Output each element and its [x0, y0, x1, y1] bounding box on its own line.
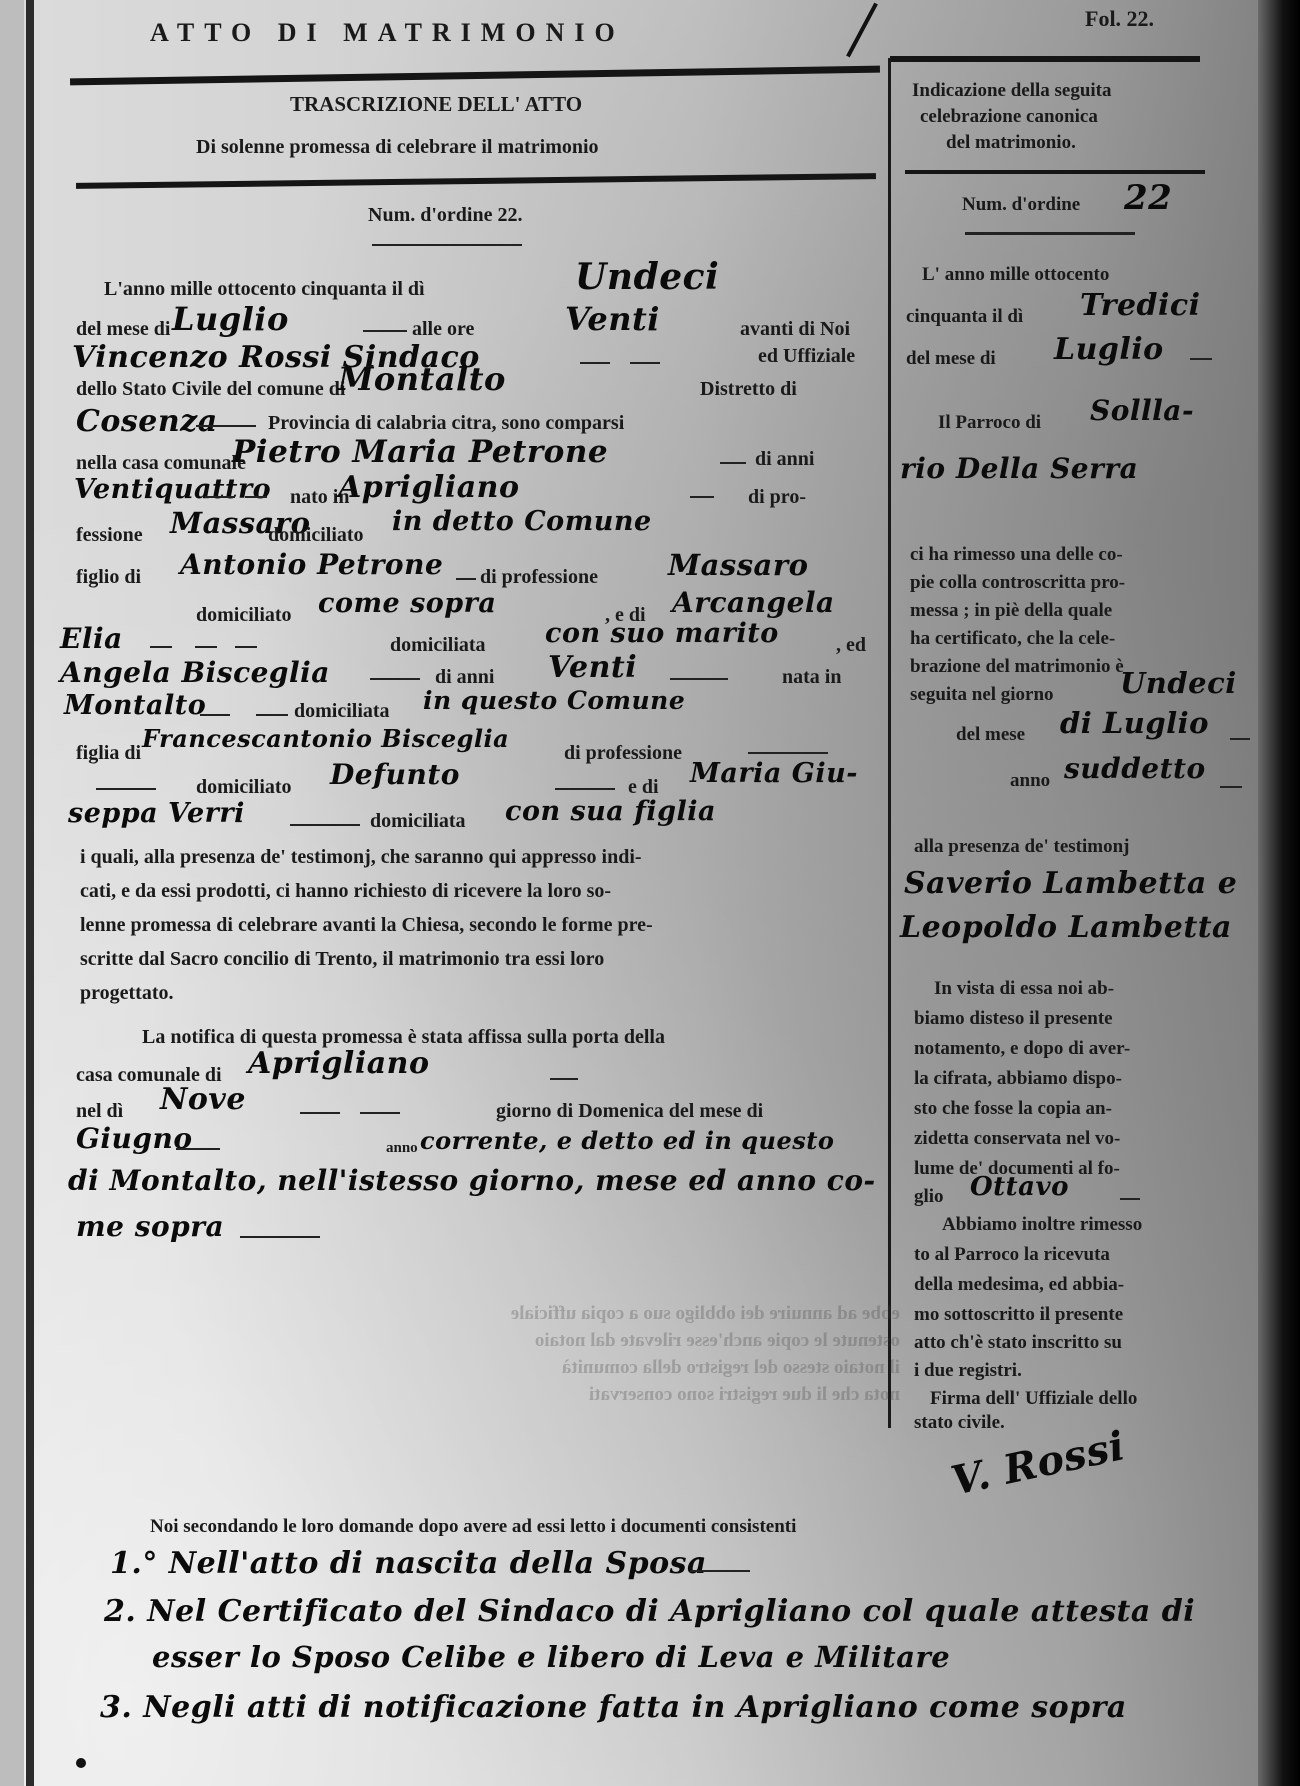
fill-dash: [555, 788, 615, 790]
printed-text: scritte dal Sacro concilio di Trento, il…: [80, 948, 604, 971]
handwritten-groom-residence: in detto Comune: [392, 506, 652, 537]
officer-signature: V. Rossi: [947, 1422, 1129, 1505]
document-page: ATTO DI MATRIMONIO Fol. 22. TRASCRIZIONE…: [0, 0, 1268, 1786]
printed-text: atto ch'è stato inscritto su: [914, 1332, 1122, 1354]
printed-text: la cifrata, abbiamo dispo-: [914, 1068, 1122, 1090]
printed-text: fessione: [76, 524, 143, 547]
printed-text: anno: [386, 1140, 418, 1157]
handwritten-parish-cont: rio Della Serra: [900, 452, 1138, 485]
bleed-line: ostenute le copie anch'esse rilevate dal…: [140, 1327, 900, 1354]
handwritten-groom-father: Antonio Petrone: [180, 548, 443, 581]
printed-text: Distretto di: [700, 378, 797, 401]
printed-text: domiciliata: [370, 810, 466, 833]
printed-text: domiciliata: [390, 634, 486, 657]
handwritten-bride-birthplace: Montalto: [64, 690, 206, 721]
fill-dash: [370, 678, 420, 680]
printed-text: nata in: [782, 666, 841, 689]
handwritten-document-item: esser lo Sposo Celibe e libero di Leva e…: [152, 1640, 950, 1674]
column-divider: [888, 58, 891, 1428]
fill-dash: [720, 462, 746, 464]
printed-text: Provincia di calabria citra, sono compar…: [268, 412, 624, 435]
printed-text: L'anno mille ottocento cinquanta il dì: [104, 278, 425, 301]
header-rule-right: [890, 56, 1200, 62]
right-heading-line: del matrimonio.: [946, 132, 1076, 154]
handwritten-notice-year: corrente, e detto ed in questo: [420, 1126, 834, 1155]
handwritten-folio: Ottavo: [970, 1172, 1069, 1202]
printed-text: domiciliato: [268, 524, 364, 547]
printed-text: anno: [1010, 770, 1050, 792]
ink-spot: [76, 1758, 86, 1768]
printed-text: figlia di: [76, 742, 141, 765]
handwritten-mother-surname: Elia: [60, 622, 123, 655]
handwritten-notice-note: di Montalto, nell'istesso giorno, mese e…: [68, 1164, 876, 1197]
printed-text: notamento, e dopo di aver-: [914, 1038, 1130, 1060]
order-underline: [372, 244, 522, 246]
printed-text: domiciliato: [196, 604, 292, 627]
printed-text: Abbiamo inoltre rimesso: [942, 1214, 1142, 1236]
page-right-shadow: [1258, 0, 1300, 1786]
handwritten-groom-birthplace: Aprigliano: [338, 470, 519, 505]
right-order-underline: [965, 232, 1135, 235]
printed-text: del mese: [956, 724, 1025, 746]
printed-text: mo sottoscritto il presente: [914, 1304, 1123, 1326]
handwritten-bride-mother-surname: seppa Verri: [68, 798, 245, 829]
handwritten-bride-mother-residence: con sua figlia: [505, 796, 716, 827]
printed-text: nel dì: [76, 1100, 123, 1123]
subheading-rule: [76, 173, 876, 189]
printed-text: domiciliato: [196, 776, 292, 799]
fill-dash: [235, 646, 257, 648]
handwritten-document-item: 2. Nel Certificato del Sindaco di Aprigl…: [104, 1594, 1195, 1629]
handwritten-bride-age: Venti: [548, 650, 637, 685]
fill-dash: [196, 425, 256, 427]
fill-dash: [245, 496, 267, 498]
printed-text: avanti di Noi: [740, 318, 850, 341]
handwritten-mother-residence: con suo marito: [545, 618, 779, 649]
printed-text: In vista di essa noi ab-: [934, 978, 1114, 1000]
right-order-label: Num. d'ordine: [962, 194, 1080, 216]
handwritten-promise-day: Tredici: [1080, 288, 1201, 323]
fill-dash: [363, 330, 407, 332]
printed-text: sto che fosse la copia an-: [914, 1098, 1112, 1120]
fill-dash: [670, 678, 728, 680]
handwritten-groom-mother: Arcangela: [672, 586, 835, 619]
fill-dash: [630, 362, 660, 364]
pen-stroke-mark: [846, 3, 878, 58]
printed-text: figlio di: [76, 566, 141, 589]
printed-text: seguita nel giorno: [910, 684, 1054, 706]
printed-text: della medesima, ed abbia-: [914, 1274, 1124, 1296]
fill-dash: [1190, 358, 1212, 360]
printed-text: i due registri.: [914, 1360, 1022, 1382]
handwritten-document-item: 1.° Nell'atto di nascita della Sposa: [110, 1546, 707, 1581]
printed-text: L' anno mille ottocento: [922, 264, 1109, 286]
handwritten-notice-note-end: me sopra: [76, 1210, 224, 1243]
handwritten-month: Luglio: [172, 300, 289, 338]
handwritten-parish: Sollla-: [1090, 394, 1194, 427]
bleed-line: nota che li due registri sono conservati: [140, 1381, 900, 1408]
right-order-number: 22: [1124, 178, 1172, 218]
printed-text: dello Stato Civile del comune di: [76, 378, 345, 401]
handwritten-bride-father: Francescantonio Bisceglia: [142, 724, 509, 753]
left-order-number: Num. d'ordine 22.: [368, 204, 522, 227]
right-heading-line: Indicazione della seguita: [912, 80, 1112, 102]
fill-dash: [580, 362, 610, 364]
printed-text: cinquanta il dì: [906, 306, 1023, 328]
fill-dash: [290, 824, 360, 826]
printed-text: nella casa comunale: [76, 452, 246, 475]
handwritten-bride-residence: in questo Comune: [423, 686, 685, 715]
page-left-margin: [0, 0, 24, 1786]
printed-text: progettato.: [80, 982, 174, 1005]
handwritten-groom-name: Pietro Maria Petrone: [232, 434, 608, 470]
printed-text: brazione del matrimonio è: [910, 656, 1124, 678]
folio-number: Fol. 22.: [1085, 6, 1154, 32]
handwritten-witness: Leopoldo Lambetta: [900, 910, 1232, 945]
handwritten-celebration-year: suddetto: [1064, 752, 1206, 785]
handwritten-father-profession: Massaro: [668, 548, 808, 582]
bleed-line: ebbe ad annuire dei obbligo suo a copia …: [140, 1300, 900, 1327]
printed-text: di pro-: [748, 486, 806, 509]
right-heading-rule: [905, 170, 1205, 174]
handwritten-day: Undeci: [575, 256, 719, 298]
handwritten-bride-name: Angela Bisceglia: [60, 656, 330, 689]
handwritten-district: Cosenza: [76, 404, 218, 439]
handwritten-witness: Saverio Lambetta e: [904, 866, 1237, 901]
handwritten-promise-month: Luglio: [1054, 332, 1164, 367]
fill-dash: [1230, 738, 1250, 740]
fill-dash: [256, 714, 288, 716]
handwritten-celebration-month: di Luglio: [1060, 706, 1209, 740]
fill-dash: [150, 646, 172, 648]
printed-text: giorno di Domenica del mese di: [496, 1100, 763, 1123]
handwritten-father-status: Defunto: [330, 758, 460, 791]
fill-dash: [456, 578, 476, 580]
handwritten-father-residence: come sopra: [318, 588, 496, 619]
printed-text: biamo disteso il presente: [914, 1008, 1113, 1030]
binding-edge-line: [26, 0, 34, 1786]
printed-text: alle ore: [412, 318, 474, 341]
fill-dash: [360, 1112, 400, 1114]
left-heading: TRASCRIZIONE DELL' ATTO: [290, 92, 582, 117]
printed-text: di professione: [564, 742, 682, 765]
fill-dash: [176, 1148, 220, 1150]
printed-text: stato civile.: [914, 1412, 1005, 1434]
printed-text: alla presenza de' testimonj: [914, 836, 1130, 858]
handwritten-notice-month: Giugno: [76, 1122, 193, 1155]
handwritten-comune: Montalto: [338, 360, 506, 398]
fill-dash: [748, 752, 828, 754]
left-subheading: Di solenne promessa di celebrare il matr…: [196, 136, 599, 159]
fill-dash: [690, 1570, 750, 1572]
printed-text: ci ha rimesso una delle co-: [910, 544, 1123, 566]
handwritten-groom-age: Ventiquattro: [74, 474, 271, 505]
printed-text: , ed: [836, 634, 866, 657]
handwritten-bride-mother: Maria Giu-: [690, 758, 858, 789]
printed-text: domiciliata: [294, 700, 390, 723]
printed-text: ed Uffiziale: [758, 345, 855, 368]
printed-text: Il Parroco di: [938, 412, 1041, 434]
fill-dash: [240, 1236, 320, 1238]
fill-dash: [550, 1078, 578, 1080]
fill-dash: [1220, 786, 1242, 788]
printed-text: i quali, alla presenza de' testimonj, ch…: [80, 846, 642, 869]
printed-text: zidetta conservata nel vo-: [914, 1128, 1120, 1150]
handwritten-notice-comune: Aprigliano: [248, 1046, 429, 1081]
fill-dash: [96, 788, 156, 790]
printed-text: lenne promessa di celebrare avanti la Ch…: [80, 914, 653, 937]
printed-text: messa ; in piè della quale: [910, 600, 1112, 622]
bleed-through-text: ebbe ad annuire dei obbligo suo a copia …: [140, 1300, 900, 1430]
handwritten-hour: Venti: [565, 300, 660, 338]
handwritten-notice-day: Nove: [160, 1082, 246, 1117]
printed-text: cati, e da essi prodotti, ci hanno richi…: [80, 880, 611, 903]
printed-text: pie colla controscritta pro-: [910, 572, 1125, 594]
printed-text: to al Parroco la ricevuta: [914, 1244, 1110, 1266]
fill-dash: [1120, 1198, 1140, 1200]
printed-text: del mese di: [76, 318, 170, 341]
fill-dash: [200, 714, 230, 716]
documents-intro: Noi secondando le loro domande dopo aver…: [150, 1516, 796, 1538]
handwritten-celebration-day: Undeci: [1120, 666, 1237, 700]
fill-dash: [205, 496, 235, 498]
printed-text: del mese di: [906, 348, 996, 370]
bleed-line: il notaio stesso del registro della comu…: [140, 1354, 900, 1381]
fill-dash: [195, 646, 217, 648]
printed-text: Firma dell' Uffiziale dello: [930, 1388, 1137, 1410]
header-rule-left: [70, 66, 880, 86]
printed-text: di professione: [480, 566, 598, 589]
handwritten-document-item: 3. Negli atti di notificazione fatta in …: [100, 1690, 1127, 1725]
fill-dash: [690, 496, 714, 498]
fill-dash: [300, 1112, 340, 1114]
printed-text: di anni: [755, 448, 814, 471]
printed-text: ha certificato, che la cele-: [910, 628, 1115, 650]
right-heading-line: celebrazione canonica: [920, 106, 1098, 128]
printed-text: glio: [914, 1186, 944, 1208]
document-title: ATTO DI MATRIMONIO: [150, 18, 625, 48]
